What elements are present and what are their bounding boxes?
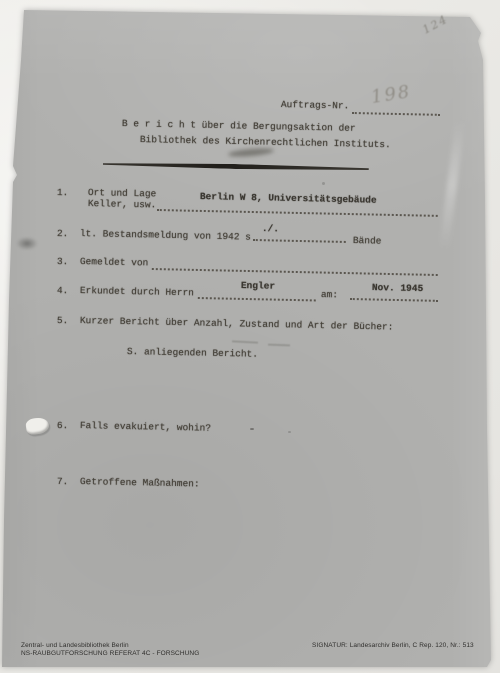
footer-institution-line1: Zentral- und Landesbibliothek Berlin [21,642,199,650]
footer-signatur: SIGNATUR: Landesarchiv Berlin, C Rep. 12… [312,642,474,650]
item-1-number: 1. [57,188,69,198]
item-3-label: Gemeldet von [80,257,149,268]
item-7-number: 7. [57,477,69,487]
item-1-label-line2: Keller, usw. [88,199,157,210]
item-2-dotted-line [253,231,346,243]
item-4-dotted-line-date [350,290,438,302]
auftrag-number-label: Auftrags-Nr. [281,100,350,111]
item-6-number: 6. [57,421,69,431]
item-4-am-label: am: [321,290,338,300]
item-2-number: 2. [57,229,69,239]
paper-speck [322,182,325,185]
dark-ink-blot [13,235,41,252]
paper-sheet [0,0,500,673]
item-3-number: 3. [57,257,69,267]
auftrag-number-dotted-line [352,104,440,116]
footer-institution-line2: NS-RAUBGUTFORSCHUNG REFERAT 4C - FORSCHU… [21,650,199,658]
paper-shadow-wrap [0,0,500,673]
paper-speck [250,428,254,430]
footer-institution: Zentral- und Landesbibliothek Berlin NS-… [21,642,199,658]
scanned-document-page: 124 198 Auftrags-Nr. B e r i c h t über … [0,0,500,673]
item-2-suffix: Bände [353,236,382,247]
item-5-number: 5. [57,316,69,326]
paper-speck [288,431,291,433]
item-4-number: 4. [57,286,69,296]
